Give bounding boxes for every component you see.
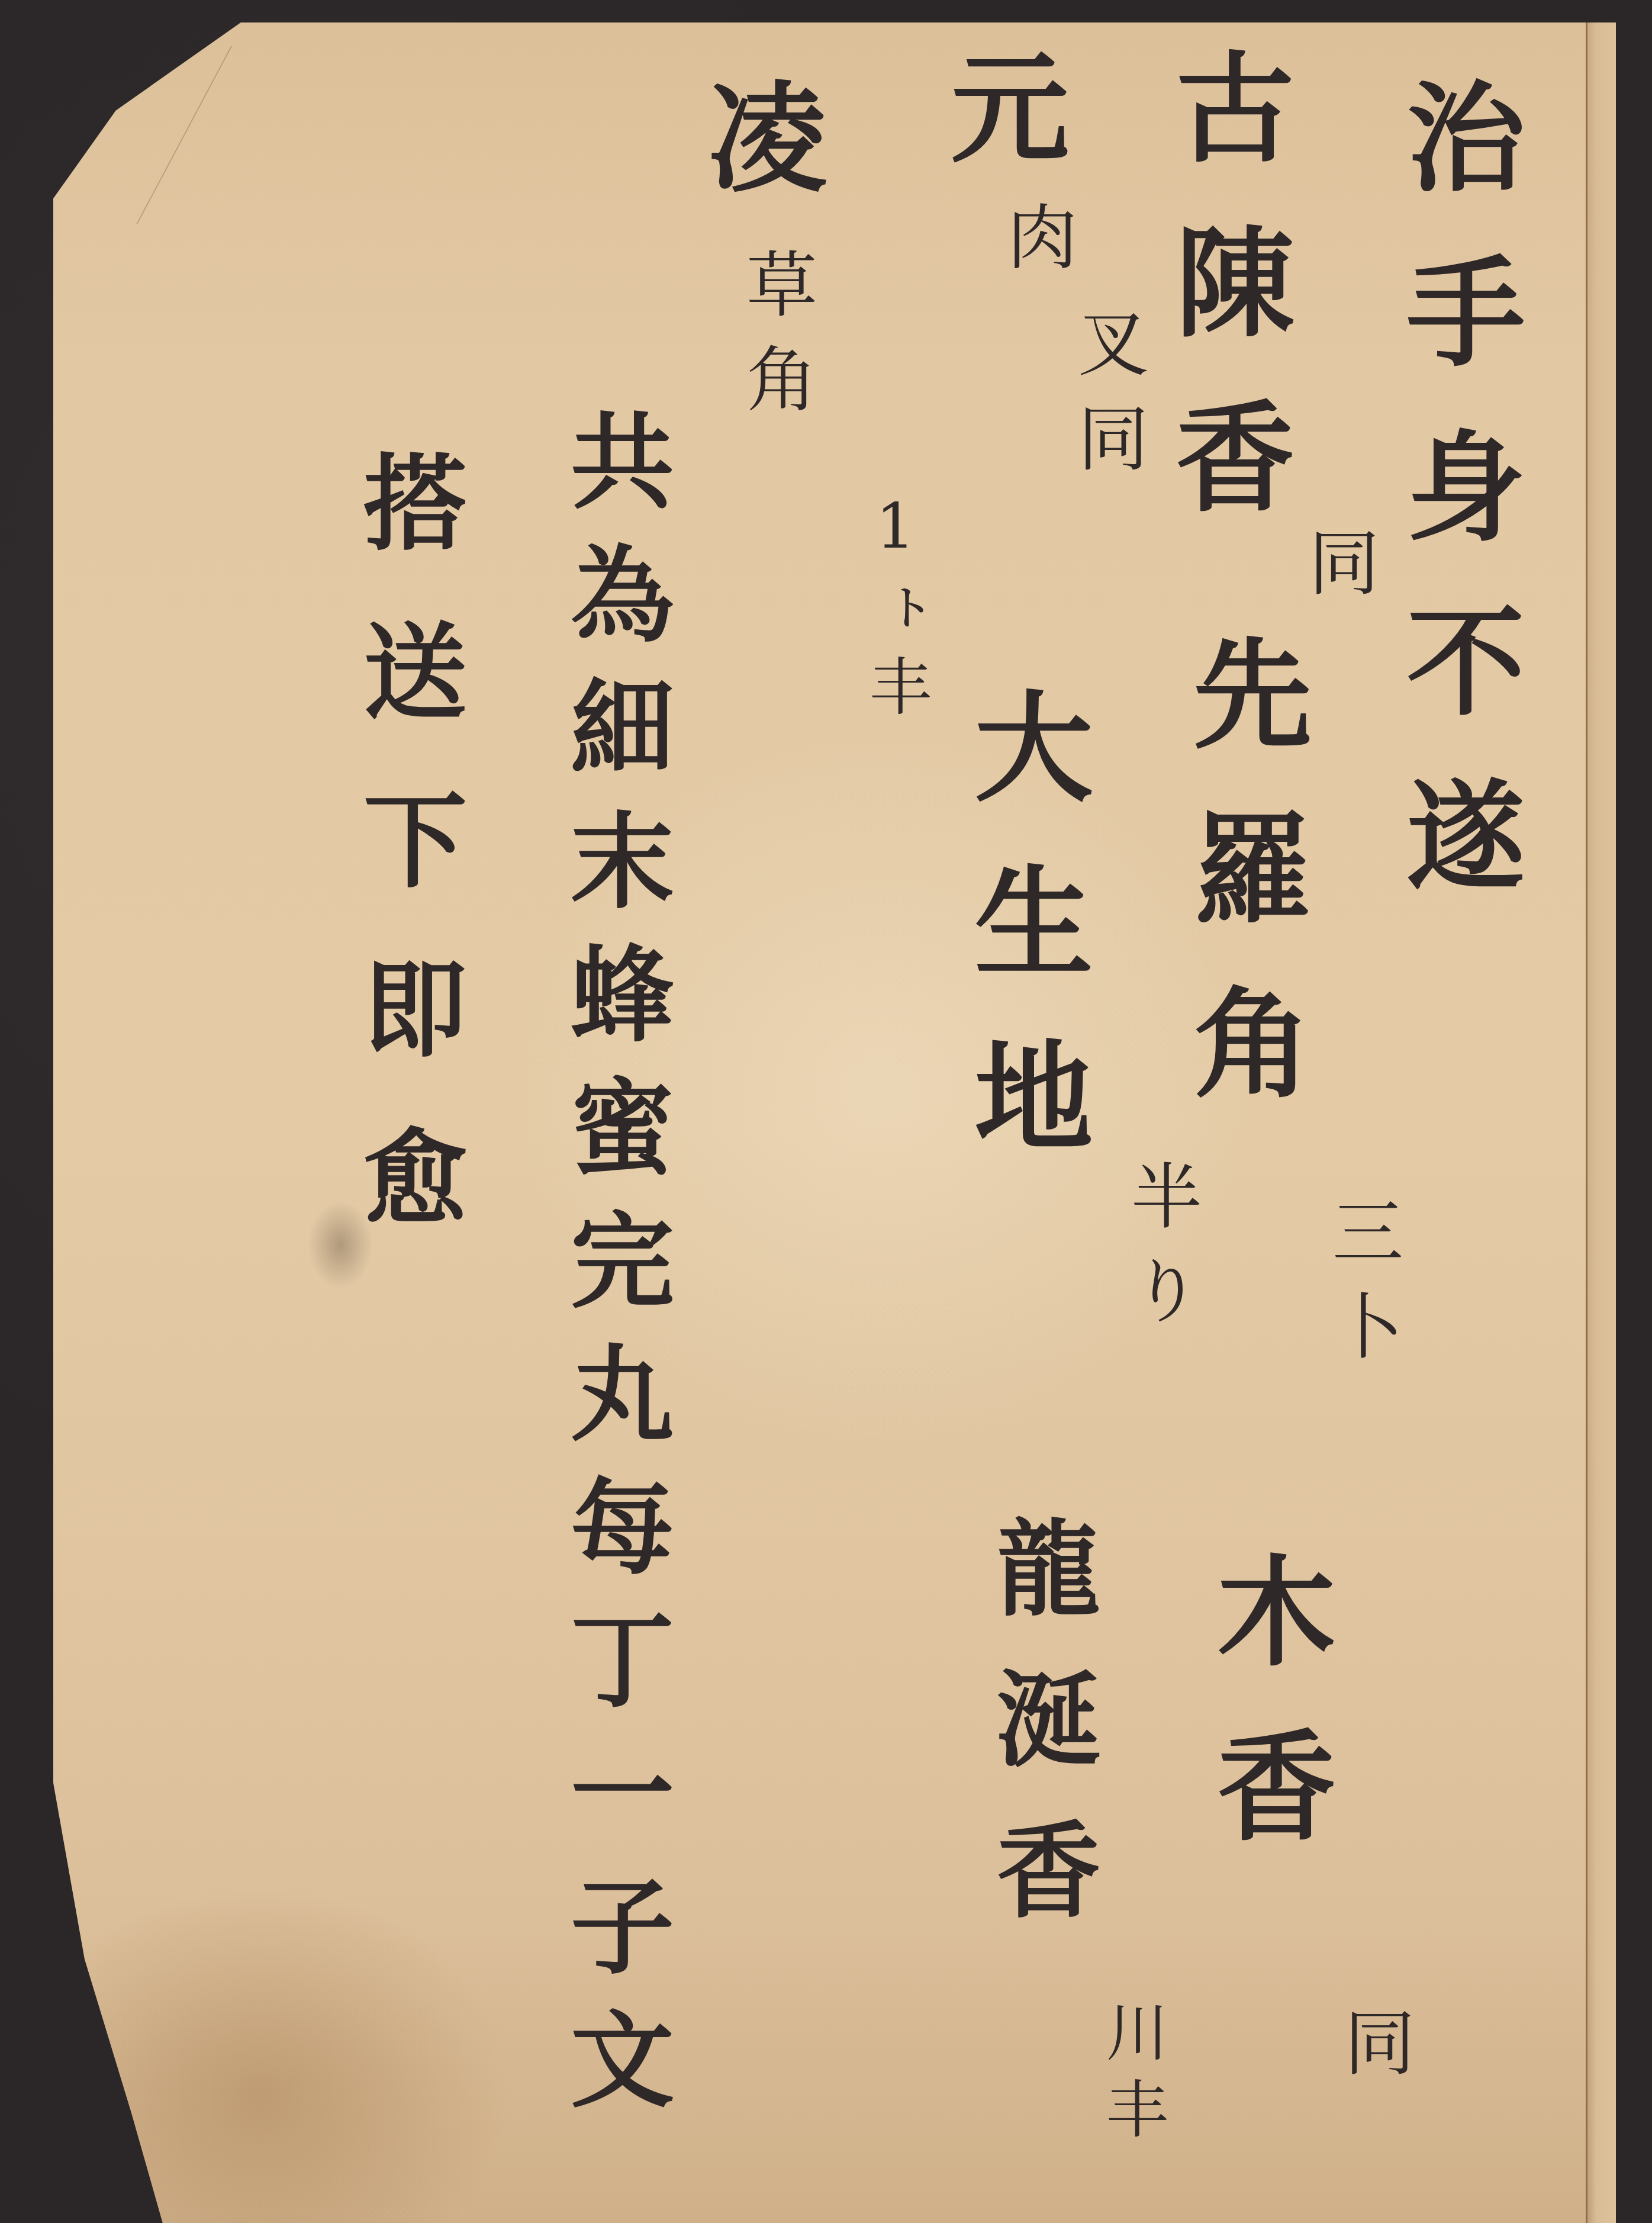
column-2-note-b: 三卜: [1326, 1195, 1397, 1384]
column-4-sub: 草角: [740, 247, 811, 437]
column-3-note-c: 川丰: [1101, 2000, 1163, 2154]
scan-background: 治手身不遂 古陳香 同 先羅角 三卜 木香 同 元 肉 叉同 大生地 半り 龍涎…: [0, 0, 1652, 2223]
column-3-note-b: 半り: [1125, 1159, 1196, 1349]
page-fold-edge: [1586, 22, 1616, 2223]
column-3-ingredient-c: 龍涎香: [988, 1514, 1092, 1967]
column-3-sub: 肉: [1000, 200, 1071, 295]
column-2-ingredient-b: 先羅角: [1184, 632, 1302, 1156]
paper-page: 治手身不遂 古陳香 同 先羅角 三卜 木香 同 元 肉 叉同 大生地 半り 龍涎…: [53, 22, 1616, 2223]
column-6-conclusion: 搭送下即愈: [355, 449, 459, 1292]
column-4-note: 1ㇳ丰: [864, 490, 926, 731]
column-2-ingredient-a: 古陳香: [1166, 46, 1284, 570]
column-4-ingredient: 凌: [698, 76, 817, 250]
column-5-instructions: 共為細末蜂蜜完丸每丁一子文: [562, 407, 666, 2139]
column-1-title: 治手身不遂: [1397, 76, 1515, 949]
column-3-ingredient-a: 元: [941, 46, 1060, 221]
column-2-ingredient-c: 木香: [1207, 1550, 1326, 1899]
column-3-sub-note: 叉同: [1071, 307, 1142, 496]
corner-crease: [18, 46, 232, 224]
column-3-ingredient-b: 大生地: [965, 686, 1083, 1209]
column-2-note-a: 同: [1302, 526, 1373, 620]
column-2-note-c: 同: [1338, 2006, 1409, 2100]
